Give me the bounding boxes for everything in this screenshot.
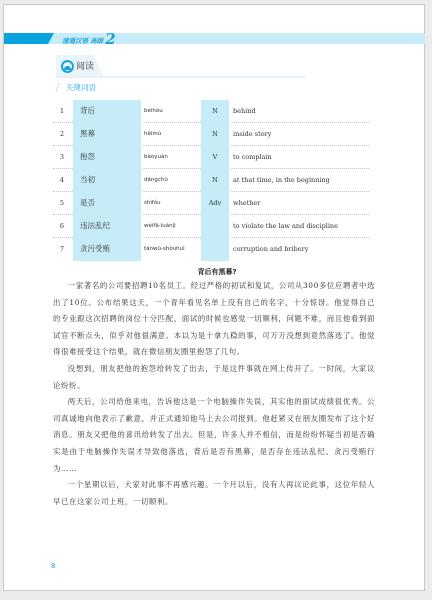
reading-person-icon (61, 60, 74, 73)
subsection-marker-icon (55, 83, 62, 92)
pos-cell (201, 238, 229, 261)
hanzi-cell: 是否 (73, 192, 141, 215)
pinyin-cell: bàoyuàn (144, 146, 168, 168)
table-row: 4 当初 dāngchū N at that time, in the begi… (53, 169, 369, 192)
pinyin-cell: dāngchū (144, 169, 168, 191)
pos-cell: N (201, 169, 229, 192)
header-accent-tab (4, 33, 54, 44)
section-title: 阅读 (76, 59, 94, 72)
book-title: 速通汉语 高级2 (62, 33, 116, 44)
english-cell: whether (233, 192, 260, 214)
page-number: 8 (51, 562, 55, 570)
row-number: 7 (58, 238, 66, 260)
subsection-title: 关键词语 (66, 82, 96, 93)
row-number: 5 (58, 192, 66, 214)
paragraph: 一家著名的公司要招聘10名员工。经过严格的初试和复试，公司从300多位应聘者中选… (53, 278, 375, 361)
table-row: 2 黑幕 hēimù N inside story (53, 123, 369, 146)
pos-cell: N (201, 100, 229, 123)
english-cell: to complain (233, 146, 272, 168)
paragraph: 没想到，朋友把他的抱怨给转发了出去，于是这件事就在网上传开了。一时间，大家议论纷… (53, 361, 375, 394)
book-title-text: 速通汉语 高级 (62, 37, 103, 45)
hanzi-cell: 黑幕 (73, 123, 141, 146)
hanzi-cell: 背后 (73, 100, 141, 123)
pinyin-cell: shìfǒu (144, 192, 161, 214)
pinyin-cell: tānwū-shòuhuì (144, 238, 185, 260)
pinyin-cell: wéifǎ-luànjì (144, 215, 176, 237)
hanzi-cell: 当初 (73, 169, 141, 192)
level-number: 2 (105, 30, 115, 48)
document-page: 速通汉语 高级2 阅读 关键词语 1 背后 bèihòu N behind 2 … (3, 4, 425, 591)
row-number: 4 (58, 169, 66, 191)
english-cell: corruption and bribery (233, 238, 308, 260)
pinyin-cell: bèihòu (144, 100, 163, 122)
article-body: 一家著名的公司要招聘10名员工。经过严格的初试和复试，公司从300多位应聘者中选… (53, 278, 375, 510)
section-underline (56, 76, 306, 78)
pos-cell (201, 215, 229, 238)
row-number: 3 (58, 146, 66, 168)
table-row: 6 违法乱纪 wéifǎ-luànjì to violate the law a… (53, 215, 369, 238)
hanzi-cell: 贪污受贿 (73, 238, 141, 261)
pos-cell: V (201, 146, 229, 169)
english-cell: to violate the law and discipline (233, 215, 338, 237)
hanzi-cell: 违法乱纪 (73, 215, 141, 238)
section-header: 阅读 (56, 55, 306, 77)
row-number: 1 (58, 100, 66, 122)
paragraph: 一个星期以后，大家对此事不再感兴趣。一个月以后，没有人再议论此事，这位年轻人早已… (53, 477, 375, 510)
table-row: 5 是否 shìfǒu Adv whether (53, 192, 369, 215)
english-cell: behind (233, 100, 256, 122)
pos-cell: Adv (201, 192, 229, 215)
vocab-table: 1 背后 bèihòu N behind 2 黑幕 hēimù N inside… (53, 100, 369, 260)
hanzi-cell: 抱怨 (73, 146, 141, 169)
pos-cell: N (201, 123, 229, 146)
table-row: 1 背后 bèihòu N behind (53, 100, 369, 123)
paragraph: 两天后，公司给他来电，告诉他这是一个电脑操作失误，其实他的面试成绩很优秀。公司真… (53, 394, 375, 477)
article-title: 背后有黑幕? (1, 267, 432, 277)
english-cell: at that time, in the beginning (233, 169, 330, 191)
table-row: 7 贪污受贿 tānwū-shòuhuì corruption and brib… (53, 238, 369, 260)
english-cell: inside story (233, 123, 271, 145)
row-number: 6 (58, 215, 66, 237)
row-number: 2 (58, 123, 66, 145)
pinyin-cell: hēimù (144, 123, 161, 145)
table-row: 3 抱怨 bàoyuàn V to complain (53, 146, 369, 169)
